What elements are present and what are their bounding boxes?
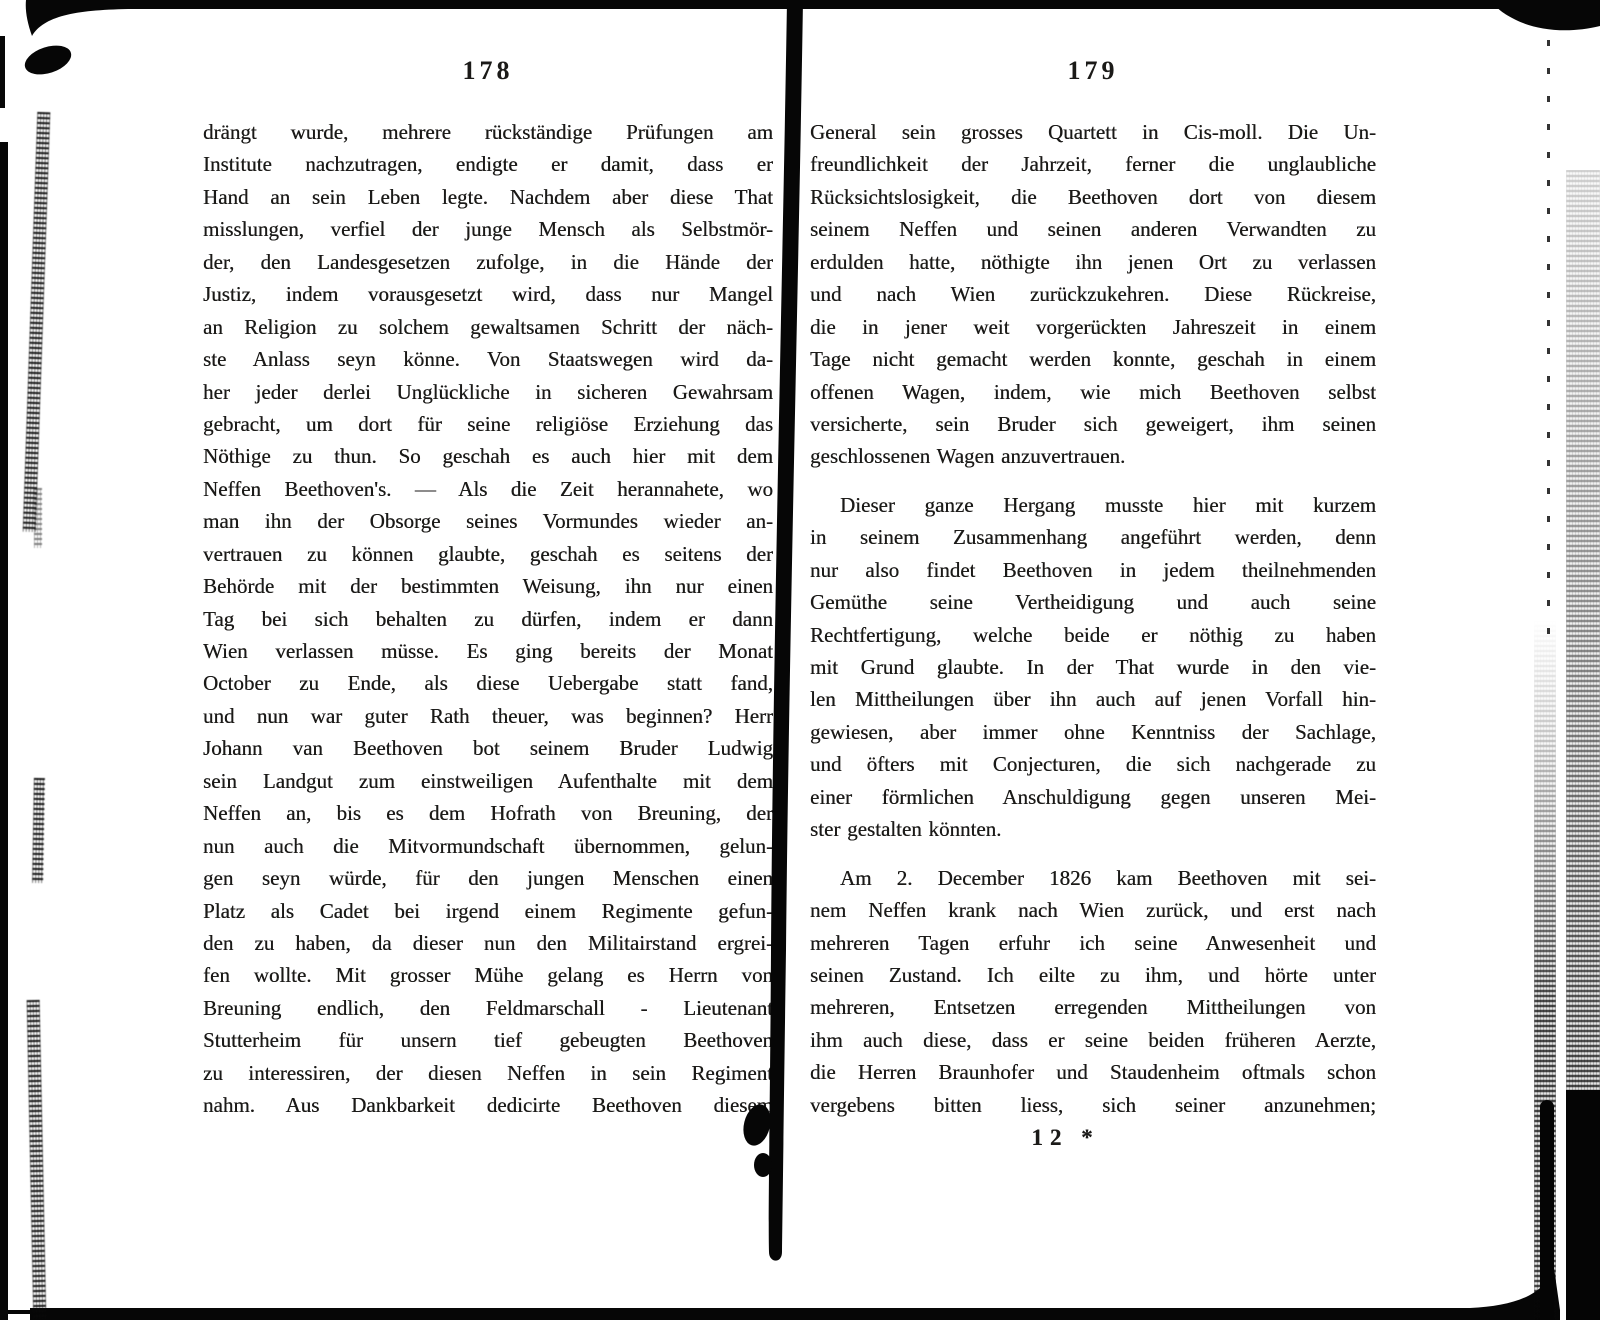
text-line: gewiesen, aber immer ohne Kenntniss der … <box>810 716 1376 748</box>
text-line: General sein grosses Quartett in Cis-mol… <box>810 116 1376 148</box>
text-line: nun auch die Mitvormundschaft übernommen… <box>203 830 773 862</box>
scan-artifact-left-bar <box>0 36 5 108</box>
text-line: nem Neffen krank nach Wien zurück, und e… <box>810 894 1376 926</box>
text-line: in seinem Zusammenhang angeführt werden,… <box>810 521 1376 553</box>
text-line: Neffen an, bis es dem Hofrath von Breuni… <box>203 797 773 829</box>
paragraph: drängt wurde, mehrere rückständige Prüfu… <box>203 116 773 1122</box>
text-line: seinem Neffen und seinen anderen Verwand… <box>810 213 1376 245</box>
scan-artifact-streak <box>32 778 45 883</box>
text-line: nahm. Aus Dankbarkeit dedicirte Beethove… <box>203 1089 773 1121</box>
text-line: Johann van Beethoven bot seinem Bruder L… <box>203 732 773 764</box>
text-line: Institute nachzutragen, endigte er damit… <box>203 148 773 180</box>
scan-artifact-streak <box>34 488 42 548</box>
text-line: Hand an sein Leben legte. Nachdem aber d… <box>203 181 773 213</box>
text-line: nur also findet Beethoven in jedem theil… <box>810 554 1376 586</box>
scan-artifact-top-right-blob <box>1492 0 1600 30</box>
scan-artifact-dashed-line <box>1547 40 1550 640</box>
text-line: ihm auch diese, dass er seine beiden frü… <box>810 1024 1376 1056</box>
scan-artifact-right-band <box>1566 1090 1600 1320</box>
scan-artifact-streak <box>27 1000 47 1320</box>
text-line: Behörde mit der bestimmten Weisung, ihn … <box>203 570 773 602</box>
text-line: Breuning endlich, den Feldmarschall - Li… <box>203 992 773 1024</box>
text-line: Platz als Cadet bei irgend einem Regimen… <box>203 895 773 927</box>
text-line: vergebens bitten liess, sich seiner anzu… <box>810 1089 1376 1121</box>
page-right-text: General sein grosses Quartett in Cis-mol… <box>810 116 1376 1151</box>
text-line: freundlichkeit der Jahrzeit, ferner die … <box>810 148 1376 180</box>
text-line: Wien verlassen müsse. Es ging bereits de… <box>203 635 773 667</box>
text-line: misslungen, verfiel der junge Mensch als… <box>203 213 773 245</box>
text-line: gen seyn würde, für den jungen Menschen … <box>203 862 773 894</box>
text-line: October zu Ende, als diese Uebergabe sta… <box>203 667 773 699</box>
text-line: Tage nicht gemacht werden konnte, gescha… <box>810 343 1376 375</box>
text-line: an Religion zu solchem gewaltsamen Schri… <box>203 311 773 343</box>
page-left-text: drängt wurde, mehrere rückständige Prüfu… <box>203 116 773 1122</box>
text-line: zu interessiren, der diesen Neffen in se… <box>203 1057 773 1089</box>
scan-artifact-right-band <box>1534 620 1556 1320</box>
scan-artifact-bottom-bar <box>30 1268 1560 1320</box>
text-line: sein Landgut zum einstweiligen Aufenthal… <box>203 765 773 797</box>
text-line: len Mittheilungen über ihn auch auf jene… <box>810 683 1376 715</box>
text-line: die Herren Braunhofer und Staudenheim of… <box>810 1056 1376 1088</box>
page-number-right: 179 <box>810 56 1376 86</box>
text-line: vertrauen zu können glaubte, geschah es … <box>203 538 773 570</box>
text-line: mehreren Tagen erfuhr ich seine Anwesenh… <box>810 927 1376 959</box>
text-line: erdulden hatte, nöthigte ihn jenen Ort z… <box>810 246 1376 278</box>
text-line: den zu haben, da dieser nun den Militair… <box>203 927 773 959</box>
scan-artifact-right-band <box>1540 1100 1554 1320</box>
text-line: und nach Wien zurückzukehren. Diese Rück… <box>810 278 1376 310</box>
text-line: Justiz, indem vorausgesetzt wird, dass n… <box>203 278 773 310</box>
text-line: geschlossenen Wagen anzuvertrauen. <box>810 440 1376 472</box>
book-scan: 178 179 drängt wurde, mehrere rückständi… <box>0 0 1600 1320</box>
text-line: der, den Landesgesetzen zufolge, in die … <box>203 246 773 278</box>
text-line: mit Grund glaubte. In der That wurde in … <box>810 651 1376 683</box>
text-line: Rechtfertigung, welche beide er nöthig z… <box>810 619 1376 651</box>
text-line: gebracht, um dort für seine religiöse Er… <box>203 408 773 440</box>
scan-artifact-gutter <box>769 0 803 1261</box>
scan-artifact-streak <box>23 112 51 532</box>
text-line: Stutterheim für unsern tief gebeugten Be… <box>203 1024 773 1056</box>
text-line: Gemüthe seine Vertheidigung und auch sei… <box>810 586 1376 618</box>
signature-mark: 12 * <box>810 1125 1376 1151</box>
text-line: versicherte, sein Bruder sich geweigert,… <box>810 408 1376 440</box>
paragraph: Dieser ganze Hergang musste hier mit kur… <box>810 489 1376 846</box>
text-line: drängt wurde, mehrere rückständige Prüfu… <box>203 116 773 148</box>
text-line: die in jener weit vorgerückten Jahreszei… <box>810 311 1376 343</box>
text-line: Dieser ganze Hergang musste hier mit kur… <box>810 489 1376 521</box>
scan-artifact-right-band <box>1566 170 1600 1320</box>
text-line: seinen Zustand. Ich eilte zu ihm, und hö… <box>810 959 1376 991</box>
text-line: man ihn der Obsorge seines Vormundes wie… <box>203 505 773 537</box>
text-line: Neffen Beethoven's. — Als die Zeit heran… <box>203 473 773 505</box>
page-number-left: 178 <box>203 56 773 86</box>
text-line: Rücksichtslosigkeit, die Beethoven dort … <box>810 181 1376 213</box>
text-line: mehreren, Entsetzen erregenden Mittheilu… <box>810 991 1376 1023</box>
text-line: Tag bei sich behalten zu dürfen, indem e… <box>203 603 773 635</box>
text-line: ster gestalten könnten. <box>810 813 1376 845</box>
scan-artifact-left-bar <box>0 142 8 1320</box>
paragraph: Am 2. December 1826 kam Beethoven mit se… <box>810 862 1376 1122</box>
text-line: ste Anlass seyn könne. Von Staatswegen w… <box>203 343 773 375</box>
text-line: und nun war guter Rath theuer, was begin… <box>203 700 773 732</box>
text-line: einer förmlichen Anschuldigung gegen uns… <box>810 781 1376 813</box>
text-line: her jeder derlei Unglückliche in sichere… <box>203 376 773 408</box>
text-line: offenen Wagen, indem, wie mich Beethoven… <box>810 376 1376 408</box>
text-line: und öfters mit Conjecturen, die sich nac… <box>810 748 1376 780</box>
text-line: Am 2. December 1826 kam Beethoven mit se… <box>810 862 1376 894</box>
paragraph: General sein grosses Quartett in Cis-mol… <box>810 116 1376 473</box>
text-line: Nöthige zu thun. So geschah es auch hier… <box>203 440 773 472</box>
text-line: fen wollte. Mit grosser Mühe gelang es H… <box>203 959 773 991</box>
scan-artifact-top-bar <box>26 0 1600 36</box>
